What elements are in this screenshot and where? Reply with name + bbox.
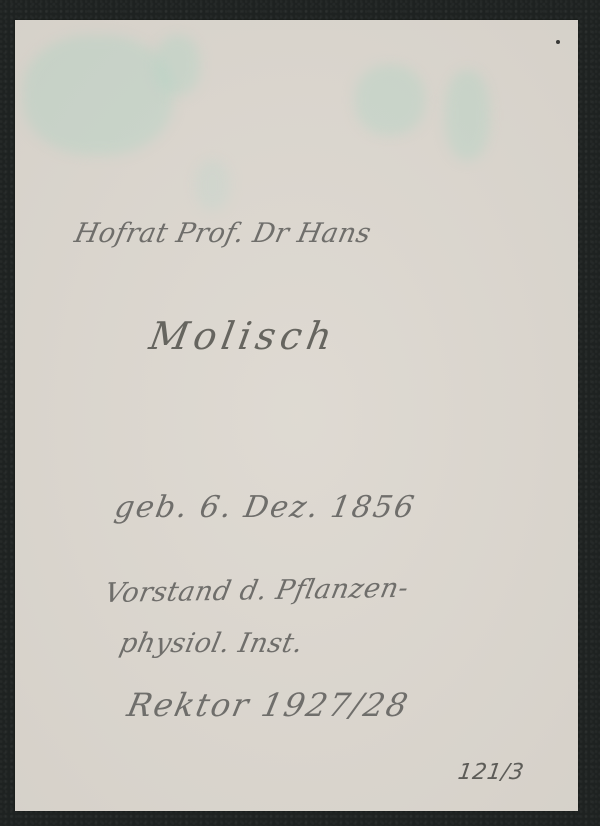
adhesive-stain [355, 65, 425, 135]
archive-number: 121/3 [456, 760, 525, 785]
name-line: Molisch [146, 314, 340, 358]
paper-speck [556, 40, 560, 44]
adhesive-stain [195, 160, 230, 210]
position-line-1: Vorstand d. Pflanzen- [102, 573, 411, 609]
birth-date-line: geb. 6. Dez. 1856 [112, 490, 419, 525]
adhesive-stain [445, 70, 490, 160]
title-line: Hofrat Prof. Dr Hans [72, 218, 374, 249]
adhesive-stain [155, 35, 200, 95]
rector-line: Rektor 1927/28 [124, 686, 413, 724]
adhesive-stain [23, 35, 173, 155]
position-line-2: physiol. Inst. [117, 628, 306, 659]
